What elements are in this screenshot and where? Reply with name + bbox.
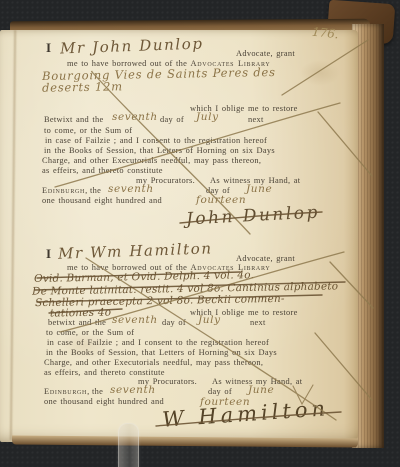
return-day-handwritten: seventh: [112, 111, 158, 123]
day-of-label: day of: [208, 387, 232, 396]
folio-number: 176.: [311, 25, 339, 42]
charge-line: Charge, and other Executorials needful, …: [42, 156, 261, 165]
return-month-handwritten: July: [196, 111, 219, 123]
day-of-label: day of: [160, 115, 184, 124]
betwixt-prefix: Betwixt and the: [44, 115, 104, 124]
effeirs-line: as effeirs, and thereto constitute: [42, 166, 163, 175]
charge-line: Charge, and other Executorials needful, …: [44, 358, 263, 367]
advocate-grant-line: Advocate, grant: [236, 49, 295, 58]
signed-month-handwritten: June: [248, 384, 274, 396]
signed-day-handwritten: seventh: [110, 384, 156, 396]
signed-year-handwritten: fourteen: [196, 194, 246, 206]
signed-day-handwritten: seventh: [108, 183, 154, 195]
next-label: next: [250, 318, 266, 327]
failzie-line: in case of Failzie ; and I consent to th…: [45, 136, 267, 145]
form-initial-I: I: [46, 40, 51, 56]
year-prefix-line: one thousand eight hundred and: [44, 397, 164, 406]
form-initial-I: I: [46, 246, 51, 262]
edinburgh-label: Edinburgh,: [42, 186, 88, 195]
edinburgh-label: Edinburgh,: [44, 387, 90, 396]
advocate-grant-line: Advocate, grant: [236, 254, 295, 263]
the-label: the: [90, 186, 101, 195]
session-line: in the Books of Session, that Letters of…: [44, 146, 275, 155]
the-label: the: [92, 387, 103, 396]
session-line: in the Books of Session, that Letters of…: [46, 348, 277, 357]
year-prefix-line: one thousand eight hundred and: [42, 196, 162, 205]
signed-month-handwritten: June: [246, 183, 272, 195]
to-come-line: to come, or the Sum of: [44, 126, 132, 135]
betwixt-prefix: betwixt and the: [48, 318, 106, 327]
to-come-line: to come, or the Sum of: [46, 328, 134, 337]
page-bottom-edge: [12, 435, 358, 447]
failzie-line: in case of Failzie ; and I consent to th…: [47, 338, 269, 347]
effeirs-line: as effeirs, and thereto constitute: [44, 368, 165, 377]
day-of-label: day of: [162, 318, 186, 327]
return-month-handwritten: July: [198, 314, 221, 326]
photo-background: 176. I Mr John Dunlop Advocate, grant me…: [0, 0, 400, 467]
book-title-line: deserts 12m: [42, 79, 123, 94]
return-day-handwritten: seventh: [112, 314, 158, 326]
next-label: next: [248, 115, 264, 124]
book-weight-strip: [118, 423, 139, 467]
